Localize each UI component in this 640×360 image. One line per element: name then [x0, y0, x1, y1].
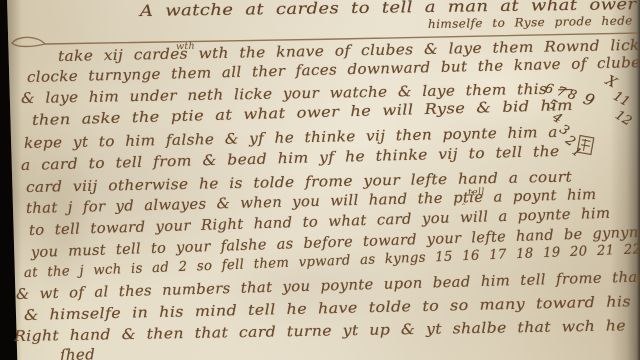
interlinear-insertion: tell	[468, 187, 485, 199]
caret-mark: ‸	[462, 196, 465, 206]
cropped-bottom-line: ſhed	[60, 347, 95, 360]
interlinear-insertion: wth	[176, 41, 195, 53]
manuscript-photo: A watche at cardes to tell a man at what…	[0, 0, 640, 360]
card-sketch-glyph	[577, 135, 595, 155]
